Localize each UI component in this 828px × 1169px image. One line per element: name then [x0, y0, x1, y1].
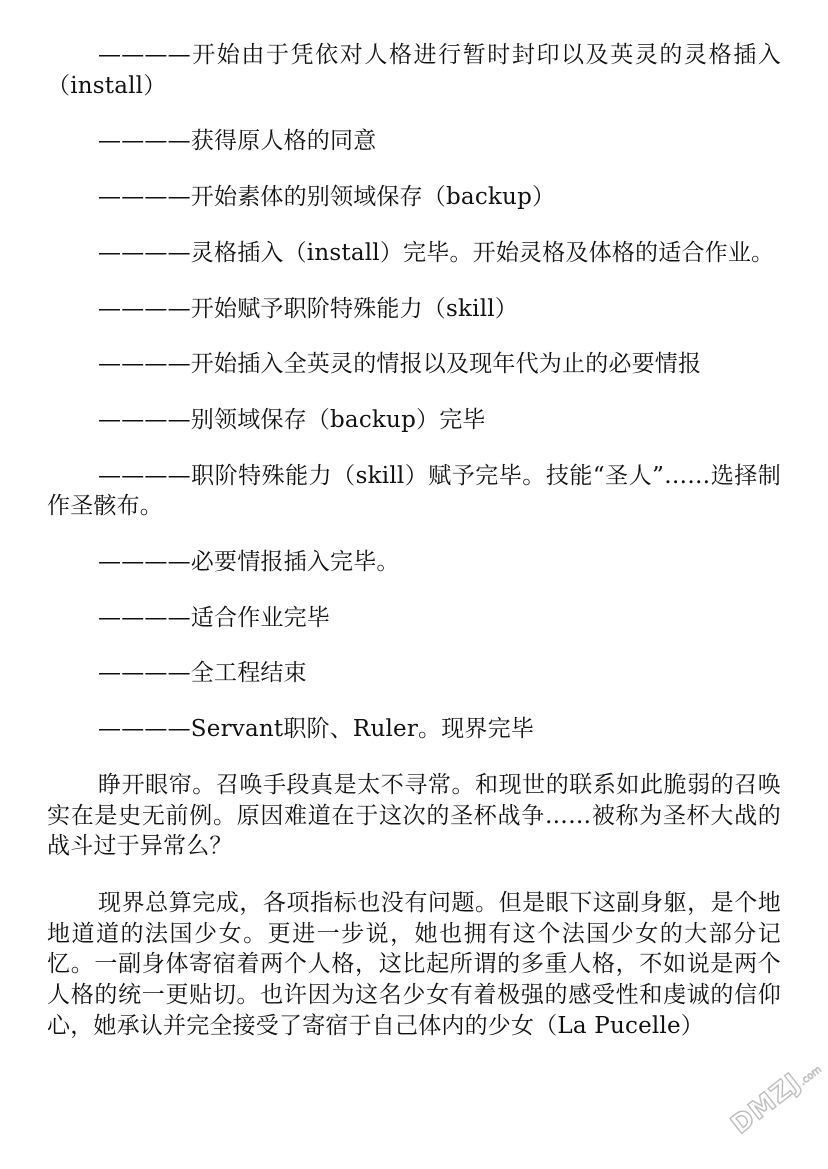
system-line: ————必要情报插入完毕。	[47, 547, 781, 578]
system-line: ————别领域保存（backup）完毕	[47, 405, 781, 436]
system-line: ————开始素体的别领域保存（backup）	[47, 182, 781, 213]
system-line: ————适合作业完毕	[47, 603, 781, 634]
watermark-suffix: .com	[798, 1064, 824, 1088]
system-line: ————开始赋予职阶特殊能力（skill）	[47, 294, 781, 325]
system-line: ————开始插入全英灵的情报以及现年代为止的必要情报	[47, 349, 781, 380]
system-line: ————Servant职阶、Ruler。现界完毕	[47, 714, 781, 745]
system-line: ————开始由于凭依对人格进行暂时封印以及英灵的灵格插入（install）	[47, 40, 781, 101]
watermark-text: DMZJ	[726, 1068, 807, 1141]
system-line: ————职阶特殊能力（skill）赋予完毕。技能“圣人”……选择制作圣骸布。	[47, 461, 781, 522]
body-paragraph: 现界总算完成，各项指标也没有问题。但是眼下这副身躯，是个地地道道的法国少女。更进…	[47, 888, 781, 1042]
system-line: ————全工程结束	[47, 658, 781, 689]
system-line: ————获得原人格的同意	[47, 126, 781, 157]
system-line: ————灵格插入（install）完毕。开始灵格及体格的适合作业。	[47, 238, 781, 269]
body-paragraph: 睁开眼帘。召唤手段真是太不寻常。和现世的联系如此脆弱的召唤实在是史无前例。原因难…	[47, 770, 781, 862]
watermark-logo: DMZJ.com	[726, 1070, 823, 1164]
document-page: ————开始由于凭依对人格进行暂时封印以及英灵的灵格插入（install） ——…	[47, 40, 781, 1067]
